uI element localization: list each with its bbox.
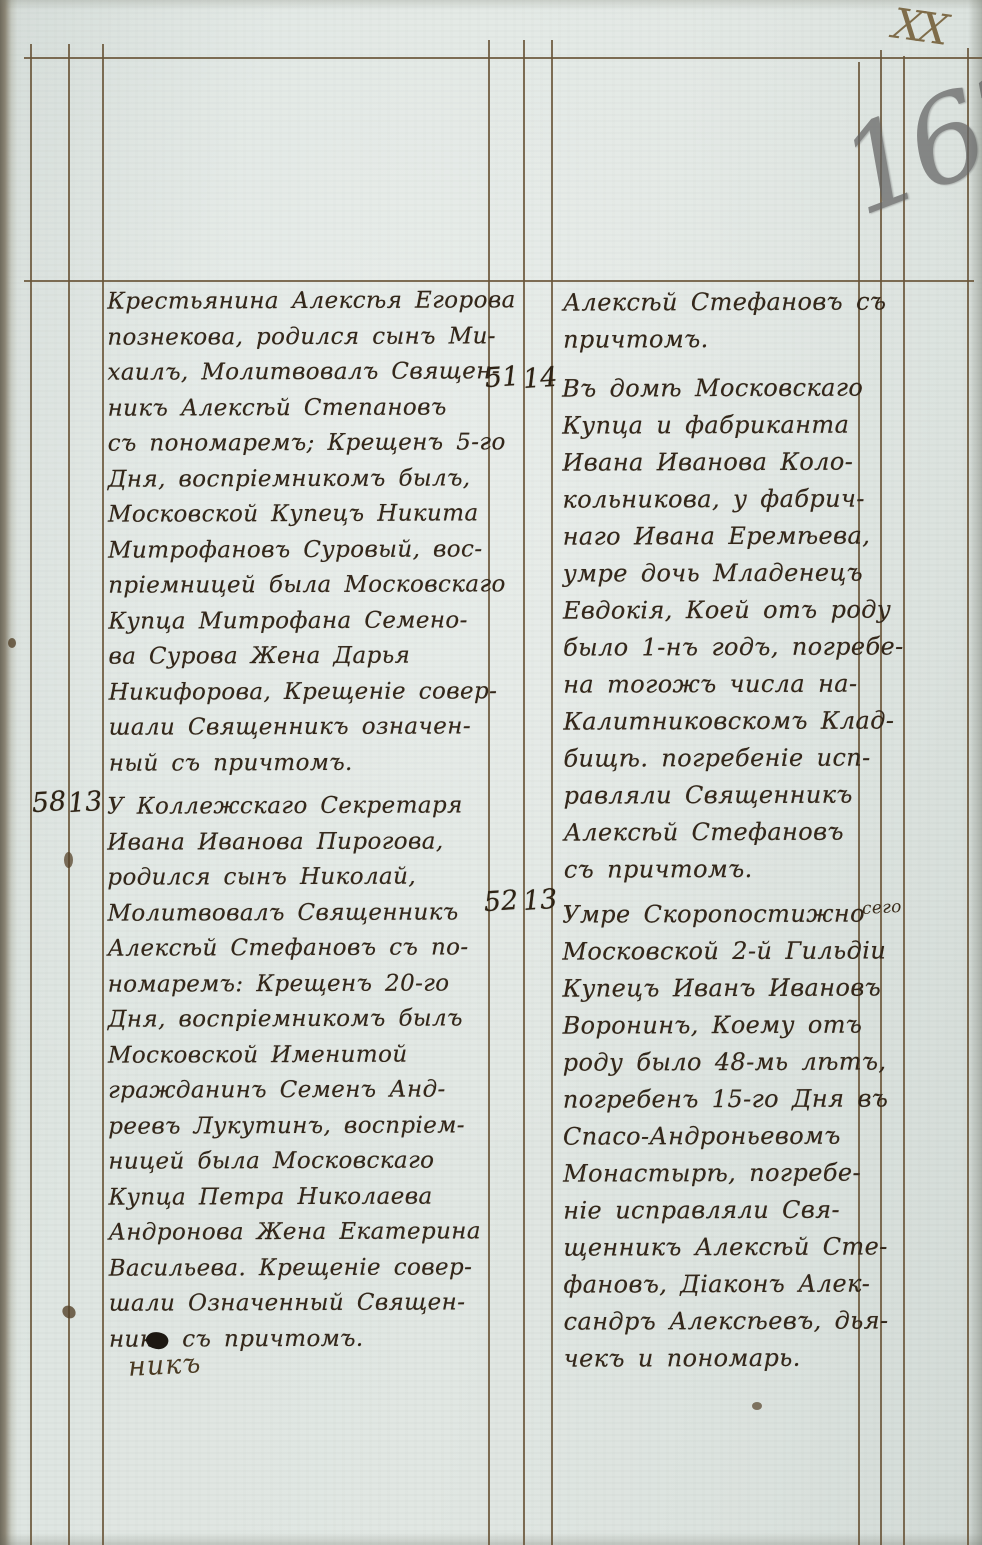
binding-hole <box>64 852 73 868</box>
manuscript-page: XX 163 Крестьянина Алексѣя Егоровапознек… <box>0 0 982 1545</box>
manuscript-line: Московской Купецъ Никита <box>108 500 490 537</box>
scan-edge-left <box>0 0 18 1545</box>
manuscript-line: Ивана Иванова Коло- <box>562 447 910 485</box>
manuscript-line: реевъ Лукутинъ, воспріем- <box>108 1112 490 1149</box>
text-column-right: Алексѣй Стефановъ съпричтомъ. Въ домѣ Мо… <box>563 288 911 1381</box>
entry-58-number: 58 <box>29 786 69 820</box>
manuscript-line: роду было 48-мь лѣтъ, <box>563 1047 911 1085</box>
manuscript-line: Алексѣй Стефановъ съ <box>563 287 911 325</box>
catchword: никъ <box>127 1348 202 1383</box>
entry-51-text: Въ домѣ МосковскагоКупца и фабрикантаИва… <box>562 373 912 892</box>
manuscript-line: Крестьянина Алексѣя Егорова <box>107 287 489 324</box>
entry-continuation-text-right: Алексѣй Стефановъ съпричтомъ. <box>563 287 911 362</box>
entry-52-margin-note: сего <box>862 897 903 919</box>
manuscript-line: Въ домѣ Московскаго <box>562 373 910 411</box>
manuscript-line: равляли Священникъ <box>564 780 912 818</box>
manuscript-line: познекова, родился сынъ Ми- <box>107 323 489 360</box>
manuscript-line: ный съ причтомъ. <box>109 749 491 786</box>
entry-58-day: 13 <box>67 786 103 819</box>
manuscript-line: ніе исправляли Свя- <box>563 1195 911 1233</box>
manuscript-line: Спасо-Андроньевомъ <box>563 1121 911 1159</box>
manuscript-line: пріемницей была Московскаго <box>108 571 490 608</box>
manuscript-line: съ пономаремъ; Крещенъ 5-го <box>108 429 490 466</box>
manuscript-line: Васильева. Крещеніе совер- <box>109 1254 491 1291</box>
rule-horizontal-top <box>24 57 982 59</box>
manuscript-line: наго Ивана Еремѣева, <box>563 521 911 559</box>
manuscript-line: сандръ Алексѣевъ, дья- <box>564 1306 912 1344</box>
manuscript-line: Монастырѣ, погребе- <box>563 1158 911 1196</box>
manuscript-line: Митрофановъ Суровый, вос- <box>108 536 490 573</box>
ink-speck <box>60 1303 78 1321</box>
entry-52-text: Умре СкоропостижноМосковской 2-й Гильдіи… <box>562 899 912 1381</box>
manuscript-line: причтомъ. <box>563 324 911 362</box>
manuscript-line: У Коллежскаго Секретаря <box>107 792 489 829</box>
manuscript-line: фановъ, Діаконъ Алек- <box>563 1269 911 1307</box>
scan-edge-bottom <box>0 1533 982 1545</box>
manuscript-line: бищѣ. погребеніе исп- <box>563 743 911 781</box>
manuscript-line: Московской Именитой <box>108 1041 490 1078</box>
entry-51-number: 51 <box>481 361 523 395</box>
manuscript-line: номаремъ: Крещенъ 20-го <box>108 970 490 1007</box>
manuscript-line: Купца и фабриканта <box>562 410 910 448</box>
manuscript-line: ва Сурова Жена Дарья <box>108 642 490 679</box>
rule-vertical-center-3 <box>551 40 553 1545</box>
manuscript-line: ницей была Московскаго <box>108 1147 490 1184</box>
manuscript-line: никъ Алексѣй Степановъ <box>108 394 490 431</box>
entry-52-day: 13 <box>522 884 554 917</box>
manuscript-line: Никифорова, Крещеніе совер- <box>108 678 490 715</box>
manuscript-line: Воронинъ, Коему отъ <box>563 1010 911 1048</box>
manuscript-line: Купецъ Иванъ Ивановъ <box>562 973 910 1011</box>
manuscript-line: Алексѣй Стефановъ съ по- <box>108 934 490 971</box>
manuscript-line: родился сынъ Николай, <box>107 863 489 900</box>
manuscript-line: Ивана Иванова Пирогова, <box>107 828 489 865</box>
rule-vertical-right-edge <box>967 48 969 1545</box>
rule-vertical-center-2 <box>523 40 525 1545</box>
manuscript-line: кольникова, у фабрич- <box>562 484 910 522</box>
manuscript-line: гражданинъ Семенъ Анд- <box>108 1076 490 1113</box>
manuscript-line: Молитвовалъ Священникъ <box>107 899 489 936</box>
entry-51-day: 14 <box>522 362 554 395</box>
manuscript-line: Купца Митрофана Семено- <box>108 607 490 644</box>
rule-vertical-left-3 <box>102 44 104 1545</box>
ink-speck <box>752 1402 762 1410</box>
manuscript-line: умре дочь Младенецъ <box>563 558 911 596</box>
scan-edge-top <box>0 0 982 10</box>
manuscript-line: Дня, воспріемникомъ былъ <box>108 1005 490 1042</box>
manuscript-line: на тогожъ числа на- <box>563 669 911 707</box>
manuscript-line: Дня, воспріемникомъ былъ, <box>108 465 490 502</box>
manuscript-line: Московской 2-й Гильдіи <box>562 936 910 974</box>
entry-58-text: У Коллежскаго СекретаряИвана Иванова Пир… <box>107 792 491 1361</box>
manuscript-line: Евдокія, Коей отъ роду <box>563 595 911 633</box>
manuscript-line: было 1-нъ годъ, погребе- <box>563 632 911 670</box>
manuscript-line: погребенъ 15-го Дня въ <box>563 1084 911 1122</box>
manuscript-line: Алексѣй Стефановъ <box>564 817 912 855</box>
manuscript-line: хаилъ, Молитвовалъ Священ- <box>107 358 489 395</box>
manuscript-line: щенникъ Алексѣй Сте- <box>563 1232 911 1270</box>
binding-hole <box>8 638 16 648</box>
manuscript-line: Андронова Жена Екатерина <box>108 1218 490 1255</box>
manuscript-line: чекъ и пономарь. <box>564 1343 912 1381</box>
manuscript-line: Умре Скоропостижно <box>562 899 910 937</box>
manuscript-line: съ причтомъ. <box>564 854 912 892</box>
rule-horizontal-header <box>24 280 974 282</box>
entry-continuation-text: Крестьянина Алексѣя Егоровапознекова, ро… <box>107 287 491 785</box>
manuscript-line: шали Означенный Священ- <box>109 1289 491 1326</box>
text-column-left: Крестьянина Алексѣя Егоровапознекова, ро… <box>108 288 490 1361</box>
entry-52-number: 52 <box>479 885 523 919</box>
manuscript-line: Калитниковскомъ Клад- <box>563 706 911 744</box>
manuscript-line: шали Священникъ означен- <box>109 713 491 750</box>
manuscript-line: Купца Петра Николаева <box>108 1183 490 1220</box>
ink-corner-mark: XX <box>890 0 948 54</box>
scan-edge-right <box>968 0 982 1545</box>
